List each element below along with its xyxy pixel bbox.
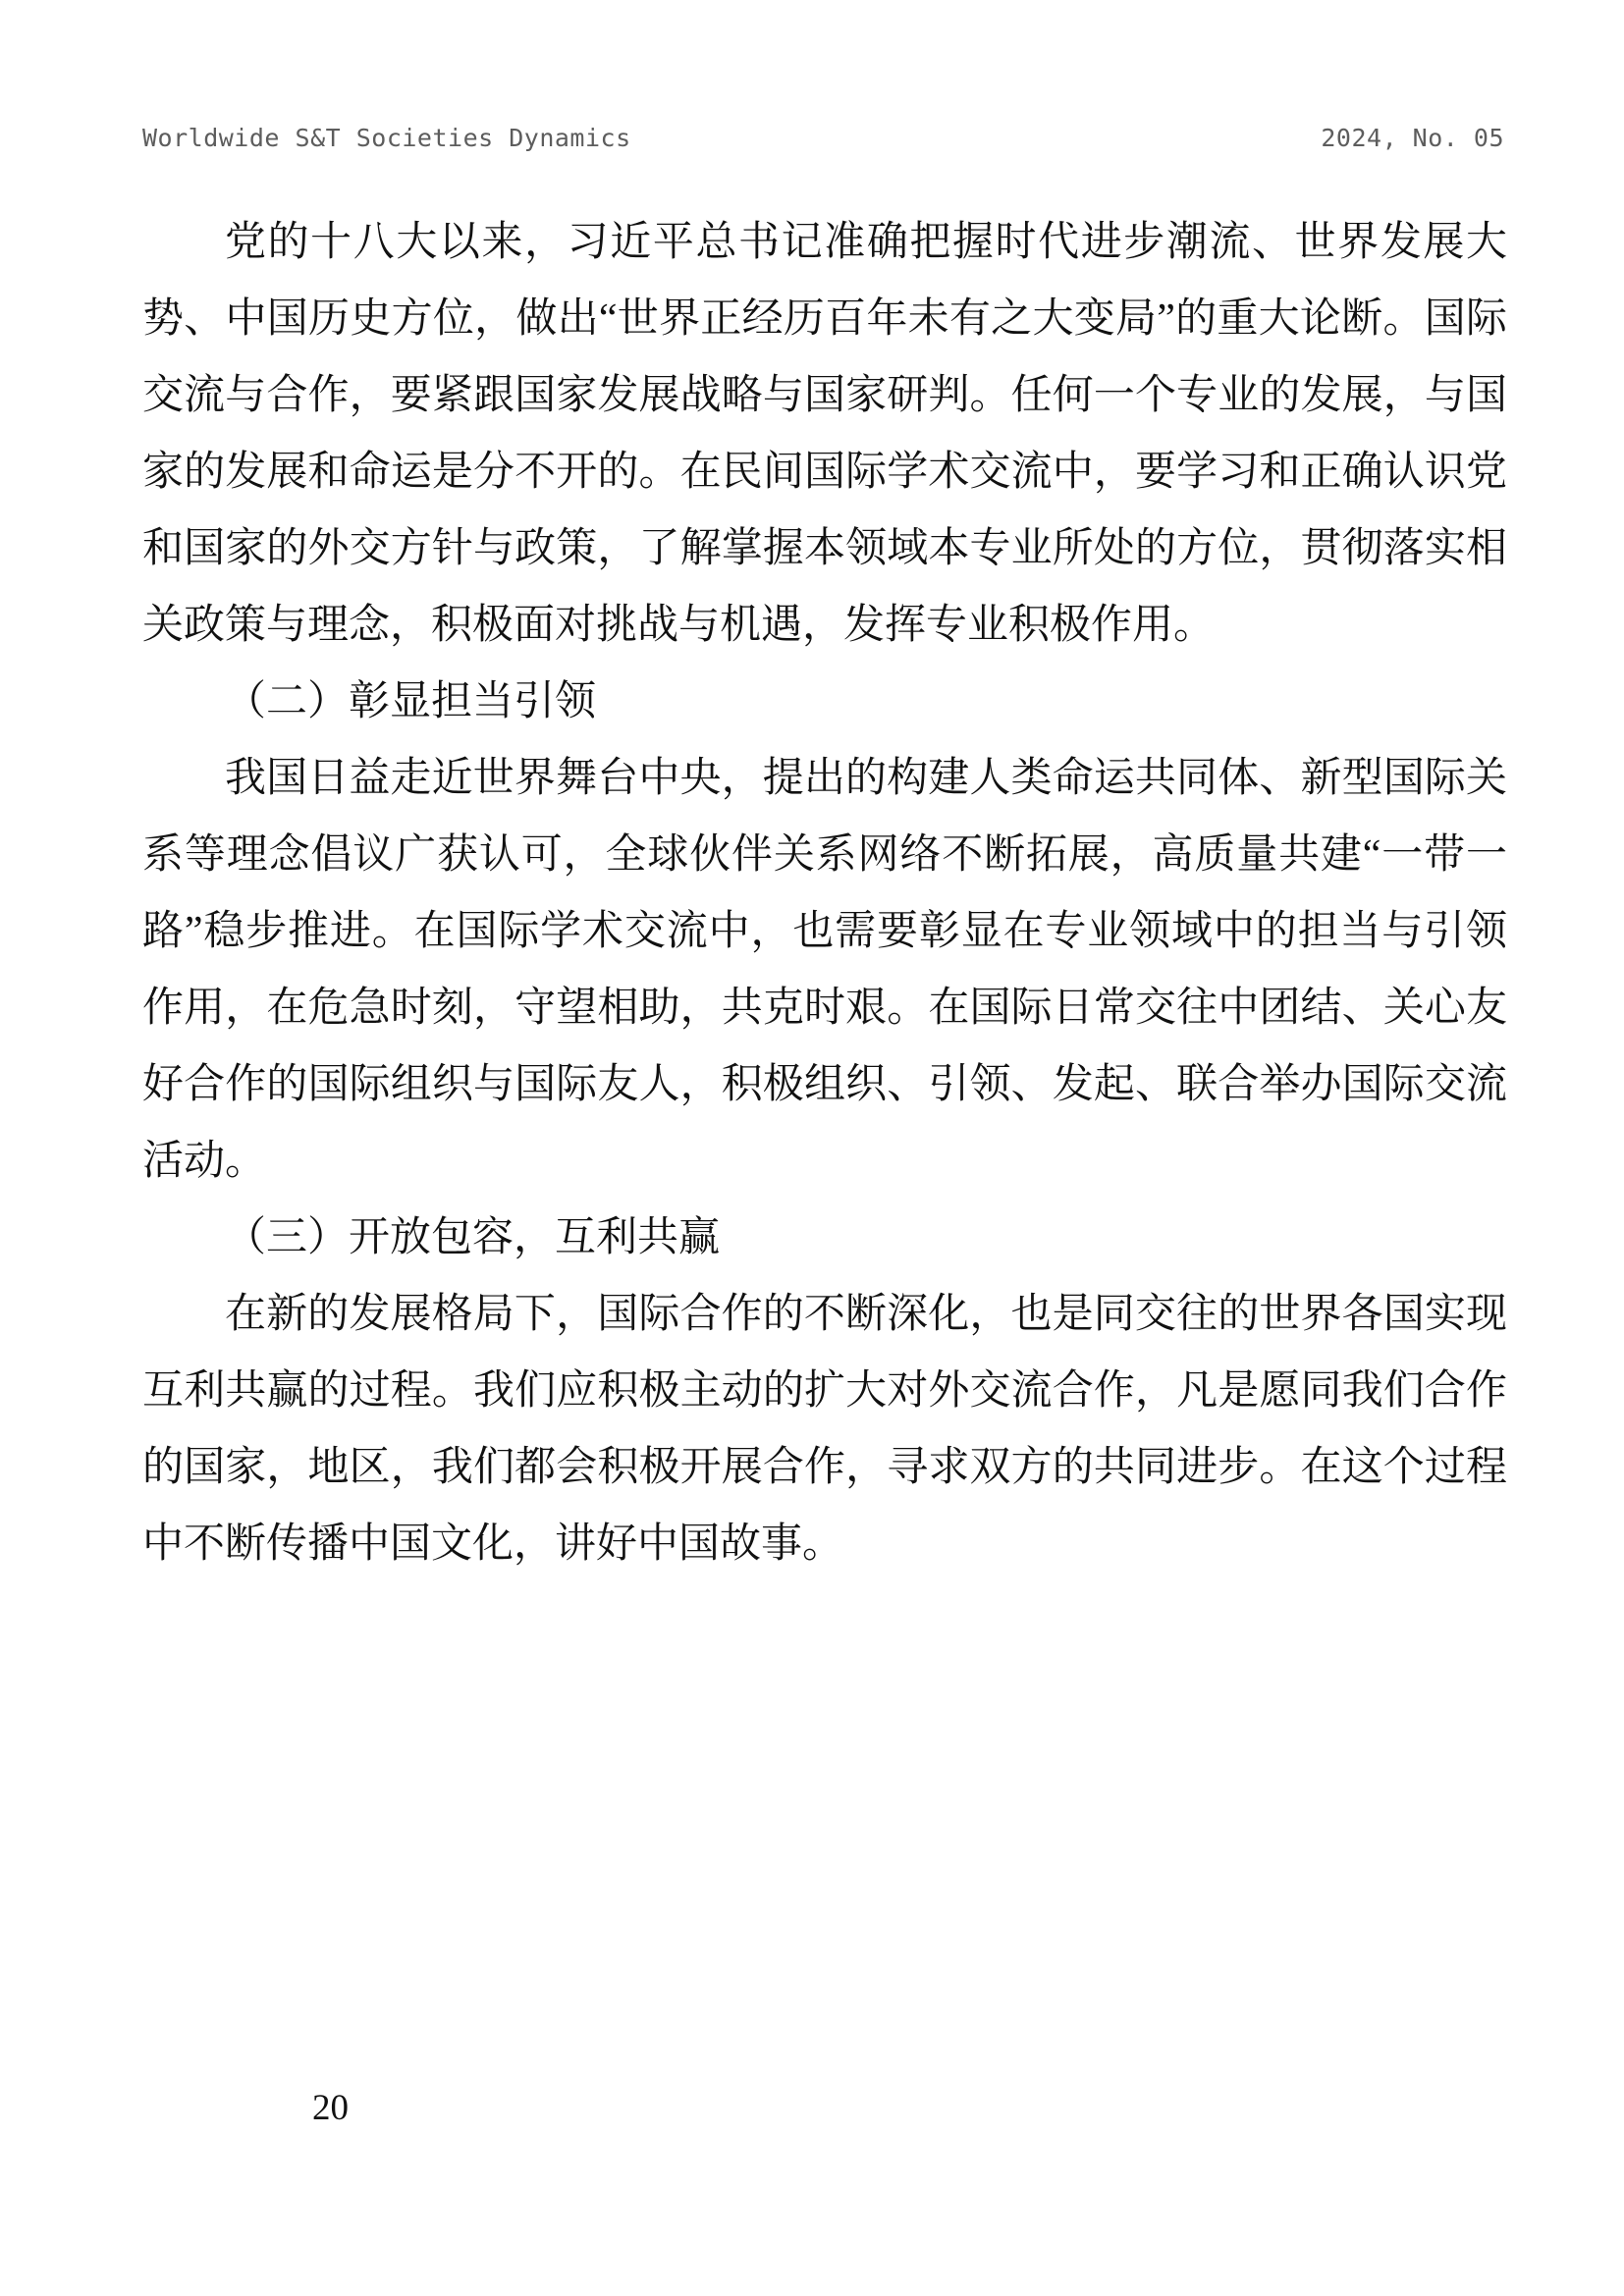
paragraph-national-strategy: 党的十八大以来，习近平总书记准确把握时代进步潮流、世界发展大势、中国历史方位，做… [142,204,1507,664]
paragraph-leadership: 我国日益走近世界舞台中央，提出的构建人类命运共同体、新型国际关系等理念倡议广获认… [142,740,1507,1200]
page-number: 20 [312,2088,349,2128]
section-heading-3: （三）开放包容，互利共赢 [142,1200,1507,1276]
page-header: Worldwide S&T Societies Dynamics 2024, N… [142,124,1504,152]
issue-number: 2024, No. 05 [1321,124,1504,152]
page-footer: 20 [312,2087,349,2129]
paragraph-win-win: 在新的发展格局下，国际合作的不断深化，也是同交往的世界各国实现互利共赢的过程。我… [142,1276,1507,1582]
journal-title: Worldwide S&T Societies Dynamics [142,124,631,152]
document-page: Worldwide S&T Societies Dynamics 2024, N… [0,0,1624,2296]
document-body: 党的十八大以来，习近平总书记准确把握时代进步潮流、世界发展大势、中国历史方位，做… [142,204,1507,1582]
section-heading-2: （二）彰显担当引领 [142,664,1507,740]
